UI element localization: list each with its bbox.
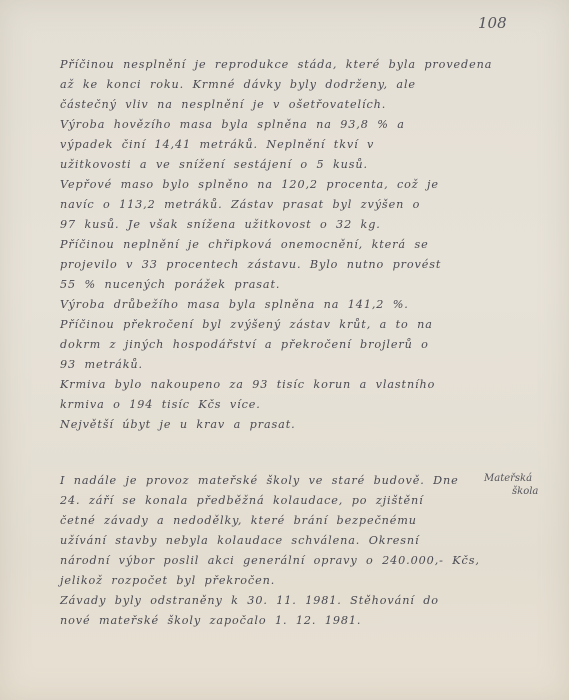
text-line: projevilo v 33 procentech zástavu. Bylo … — [60, 258, 441, 272]
text-line: Závady byly odstraněny k 30. 11. 1981. S… — [60, 594, 439, 608]
page-number: 108 — [478, 14, 507, 32]
margin-note-line: Mateřská — [484, 472, 532, 485]
text-line: krmiva o 194 tisíc Kčs více. — [60, 398, 261, 412]
text-line: nové mateřské školy započalo 1. 12. 1981… — [60, 614, 361, 628]
text-line: až ke konci roku. Krmné dávky byly dodrž… — [60, 78, 416, 92]
text-line: Výroba drůbežího masa byla splněna na 14… — [60, 298, 409, 312]
text-line: Příčinou neplnění je chřipková onemocněn… — [60, 238, 429, 252]
handwritten-chronicle-page: 108 Příčinou nesplnění je reprodukce stá… — [0, 0, 569, 700]
text-line: národní výbor poslil akci generální opra… — [60, 554, 480, 568]
text-line: Krmiva bylo nakoupeno za 93 tisíc korun … — [60, 378, 435, 392]
text-line: I nadále je provoz mateřské školy ve sta… — [60, 474, 459, 488]
text-line: 93 metráků. — [60, 358, 143, 372]
text-line: Největší úbyt je u krav a prasat. — [60, 418, 296, 432]
text-line: Příčinou překročení byl zvýšený zástav k… — [60, 318, 433, 332]
margin-note-line: škola — [512, 485, 538, 498]
text-line: Vepřové maso bylo splněno na 120,2 proce… — [60, 178, 439, 192]
text-line: dokrm z jiných hospodářství a překročení… — [60, 338, 429, 352]
text-line: Výroba hovězího masa byla splněna na 93,… — [60, 118, 405, 132]
text-line: jelikož rozpočet byl překročen. — [60, 574, 275, 588]
text-line: částečný vliv na nesplnění je v ošetřova… — [60, 98, 386, 112]
text-line: Příčinou nesplnění je reprodukce stáda, … — [60, 58, 492, 72]
text-line: navíc o 113,2 metráků. Zástav prasat byl… — [60, 198, 420, 212]
text-line: 55 % nucených porážek prasat. — [60, 278, 280, 292]
text-line: výpadek činí 14,41 metráků. Neplnění tkv… — [60, 138, 374, 152]
text-line: 97 kusů. Je však snížena užitkovost o 32… — [60, 218, 381, 232]
text-line: užitkovosti a ve snížení sestájení o 5 k… — [60, 158, 368, 172]
text-line: četné závady a nedodělky, které brání be… — [60, 514, 417, 528]
text-line: užívání stavby nebyla kolaudace schválen… — [60, 534, 419, 548]
text-line: 24. září se konala předběžná kolaudace, … — [60, 494, 424, 508]
